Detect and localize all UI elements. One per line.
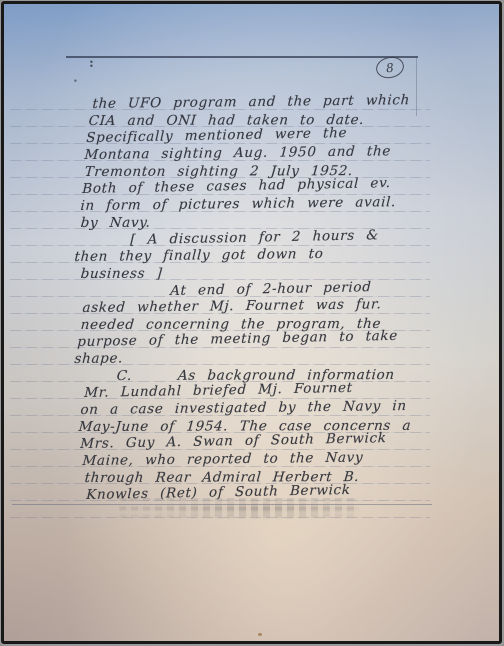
handwritten-line: business ]: [80, 266, 163, 282]
margin-dot-mark: .: [73, 70, 78, 86]
margin-colon-mark: :: [89, 56, 94, 71]
photo-frame: 8 : . the UFO program and the part which…: [0, 0, 504, 646]
handwritten-line: then they finally got down to: [74, 246, 324, 265]
screenshot-canvas: 8 : . the UFO program and the part which…: [0, 0, 504, 646]
page-top-rule: [66, 56, 418, 58]
handwritten-line: by Navy.: [80, 215, 151, 231]
page-number: 8: [385, 60, 394, 75]
paper-speck: [258, 633, 262, 636]
page-number-badge: 8: [374, 54, 406, 80]
note-page-photo: 8 : . the UFO program and the part which…: [1, 1, 502, 644]
handwritten-line: shape.: [74, 350, 124, 367]
faded-stamp-smudge: [119, 498, 359, 522]
